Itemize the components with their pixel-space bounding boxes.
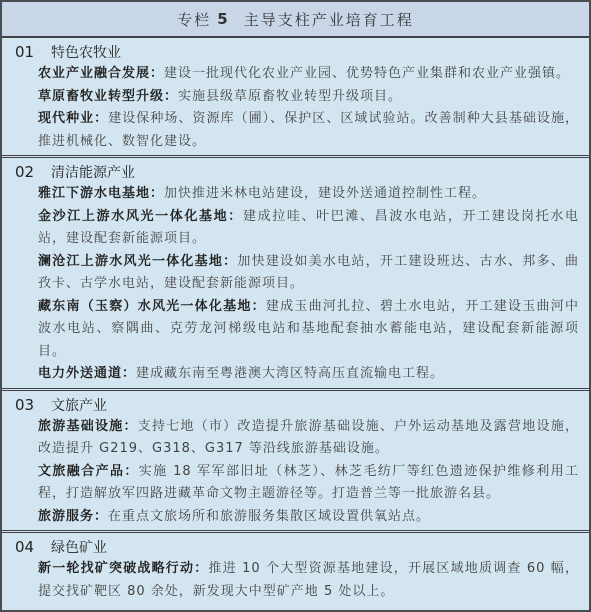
project-description: 建设保种场、资源库（圃）、保护区、区域试验站。改善制种大县基础设施，推进机械化、… [38, 111, 579, 149]
box-header: 专栏 5 主导支柱产业培育工程 [2, 2, 589, 38]
section-title: 02清洁能源产业 [2, 161, 589, 183]
project-description: 实施县级草原畜牧业转型升级项目。 [178, 89, 402, 104]
section-title-text: 文旅产业 [51, 398, 107, 414]
section-03: 03文旅产业旅游基础设施：支持七地（市）改造提升旅游基础设施、户外运动基地及露营… [2, 391, 589, 534]
project-label: 金沙江上游水风光一体化基地： [38, 209, 243, 224]
project-description: 建成藏东南至粤港澳大湾区特高压直流输电工程。 [136, 366, 444, 381]
section-title-text: 特色农牧业 [51, 45, 121, 61]
project-description: 建设一批现代化农业产业园、优势特色产业集群和农业产业强镇。 [164, 66, 570, 81]
project-label: 农业产业融合发展： [38, 66, 164, 81]
section-title: 01特色农牧业 [2, 41, 589, 63]
project-item: 旅游服务：在重点文旅场所和旅游服务集散区域设置供氧站点。 [38, 506, 579, 529]
section-title-text: 绿色矿业 [51, 540, 107, 556]
project-item: 雅江下游水电基地：加快推进米林电站建设，建设外送通道控制性工程。 [38, 183, 579, 206]
section-number: 03 [15, 394, 51, 416]
section-01: 01特色农牧业农业产业融合发展：建设一批现代化农业产业园、优势特色产业集群和农业… [2, 38, 589, 158]
project-item: 金沙江上游水风光一体化基地：建成拉哇、叶巴滩、昌波水电站，开工建设岗托水电站，建… [38, 206, 579, 251]
section-number: 02 [15, 161, 51, 183]
project-item: 草原畜牧业转型升级：实施县级草原畜牧业转型升级项目。 [38, 86, 579, 109]
project-label: 雅江下游水电基地： [38, 186, 164, 201]
project-item: 藏东南（玉察）水风光一体化基地：建成玉曲河扎拉、碧土水电站，开工建设玉曲河中波水… [38, 296, 579, 364]
project-label: 文旅融合产品： [38, 464, 139, 479]
project-description: 在重点文旅场所和旅游服务集散区域设置供氧站点。 [108, 509, 430, 524]
section-title: 04绿色矿业 [2, 536, 589, 558]
sections-container: 01特色农牧业农业产业融合发展：建设一批现代化农业产业园、优势特色产业集群和农业… [2, 38, 589, 605]
project-item: 澜沧江上游水风光一体化基地：加快建设如美水电站，开工建设班达、古水、邦多、曲孜卡… [38, 251, 579, 296]
feature-box: 专栏 5 主导支柱产业培育工程 01特色农牧业农业产业融合发展：建设一批现代化农… [0, 0, 591, 612]
project-item: 现代种业：建设保种场、资源库（圃）、保护区、区域试验站。改善制种大县基础设施，推… [38, 108, 579, 153]
section-number: 01 [15, 41, 51, 63]
section-02: 02清洁能源产业雅江下游水电基地：加快推进米林电站建设，建设外送通道控制性工程。… [2, 158, 589, 391]
project-label: 旅游服务： [38, 509, 108, 524]
project-label: 澜沧江上游水风光一体化基地： [38, 254, 237, 269]
project-item: 电力外送通道：建成藏东南至粤港澳大湾区特高压直流输电工程。 [38, 363, 579, 386]
project-item: 农业产业融合发展：建设一批现代化农业产业园、优势特色产业集群和农业产业强镇。 [38, 63, 579, 86]
section-number: 04 [15, 536, 51, 558]
section-04: 04绿色矿业新一轮找矿突破战略行动：推进 10 个大型资源基地建设，开展区域地质… [2, 533, 589, 605]
header-title: 主导支柱产业培育工程 [244, 9, 414, 30]
project-label: 旅游基础设施： [38, 419, 138, 434]
project-label: 新一轮找矿突破战略行动： [38, 561, 208, 576]
section-title: 03文旅产业 [2, 394, 589, 416]
header-number: 5 [217, 10, 229, 28]
project-label: 现代种业： [38, 111, 108, 126]
project-item: 旅游基础设施：支持七地（市）改造提升旅游基础设施、户外运动基地及露营地设施，改造… [38, 416, 579, 461]
project-item: 文旅融合产品：实施 18 军军部旧址（林芝）、林芝毛纺厂等红色遗迹保护维修利用工… [38, 461, 579, 506]
section-title-text: 清洁能源产业 [51, 165, 135, 181]
project-label: 藏东南（玉察）水风光一体化基地： [38, 299, 266, 314]
project-description: 加快推进米林电站建设，建设外送通道控制性工程。 [164, 186, 486, 201]
project-label: 草原畜牧业转型升级： [38, 89, 178, 104]
project-label: 电力外送通道： [38, 366, 136, 381]
header-prefix: 专栏 [177, 9, 211, 30]
project-item: 新一轮找矿突破战略行动：推进 10 个大型资源基地建设，开展区域地质调查 60 … [38, 558, 579, 603]
